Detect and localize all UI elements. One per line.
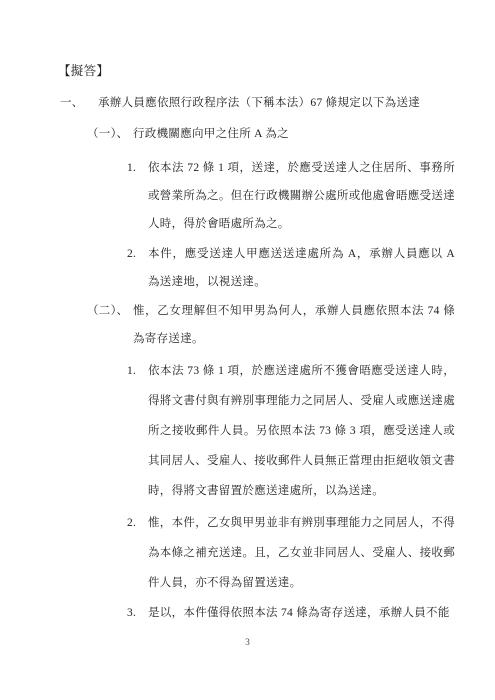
list-item: 1. 依本法 72 條 1 項，送達，於應受送達人之住居所、事務所或營業所為之。… bbox=[127, 154, 455, 238]
subsection-2-text: 惟，乙女理解但不知甲男為何人，承辦人員應依照本法 74 條為寄存送達。 bbox=[133, 297, 455, 353]
list-item: 1. 依本法 73 條 1 項，於應送達處所不獲會晤應受送達人時，得將文書付與有… bbox=[127, 356, 455, 506]
subsection-2: （二）、 惟，乙女理解但不知甲男為何人，承辦人員應依照本法 74 條為寄存送達。 bbox=[87, 297, 455, 353]
section-1-marker: 一、 bbox=[60, 89, 98, 117]
subsection-1-text: 行政機關應向甲之住所 A 為之 bbox=[133, 120, 455, 148]
list-item: 2. 惟，本件，乙女與甲男並非有辨別事理能力之同居人，不得為本條之補充送達。且，… bbox=[127, 508, 455, 598]
subsection-2-marker: （二）、 bbox=[87, 297, 133, 325]
list-item-number: 1. bbox=[127, 154, 148, 182]
paragraph-text: 依本法 72 條 1 項，送達，於應受送達人之住居所、事務所或營業所為之。但在行… bbox=[148, 154, 455, 238]
list-item-number: 2. bbox=[127, 508, 148, 538]
paragraph-text: 依本法 73 條 1 項，於應送達處所不獲會晤應受送達人時，得將文書付與有辨別事… bbox=[148, 356, 455, 506]
page-number: 3 bbox=[0, 636, 495, 650]
list-item: 2. 本件，應受送達人甲應送送達處所為 A，承辦人員應以 A 為送達地，以視送達… bbox=[127, 240, 455, 296]
list-item-number: 1. bbox=[127, 356, 148, 386]
paragraph-text: 本件，應受送達人甲應送送達處所為 A，承辦人員應以 A 為送達地，以視送達。 bbox=[148, 240, 455, 296]
section-1: 一、 承辦人員應依照行政程序法（下稱本法）67 條規定以下為送達 bbox=[60, 89, 455, 117]
section-1-text: 承辦人員應依照行政程序法（下稱本法）67 條規定以下為送達 bbox=[98, 89, 455, 117]
document-page: 【擬答】 一、 承辦人員應依照行政程序法（下稱本法）67 條規定以下為送達 （一… bbox=[0, 0, 495, 700]
subsection-1: （一）、 行政機關應向甲之住所 A 為之 bbox=[87, 120, 455, 148]
subsection-1-marker: （一）、 bbox=[87, 120, 133, 148]
list-item-number: 3. bbox=[127, 598, 148, 628]
list-item: 3. 是以，本件僅得依照本法 74 條為寄存送達，承辦人員不能 bbox=[127, 598, 455, 628]
paragraph-text: 是以，本件僅得依照本法 74 條為寄存送達，承辦人員不能 bbox=[148, 598, 455, 628]
list-item-number: 2. bbox=[127, 240, 148, 268]
paragraph-text: 惟，本件，乙女與甲男並非有辨別事理能力之同居人，不得為本條之補充送達。且，乙女並… bbox=[148, 508, 455, 598]
answer-heading: 【擬答】 bbox=[58, 57, 495, 85]
